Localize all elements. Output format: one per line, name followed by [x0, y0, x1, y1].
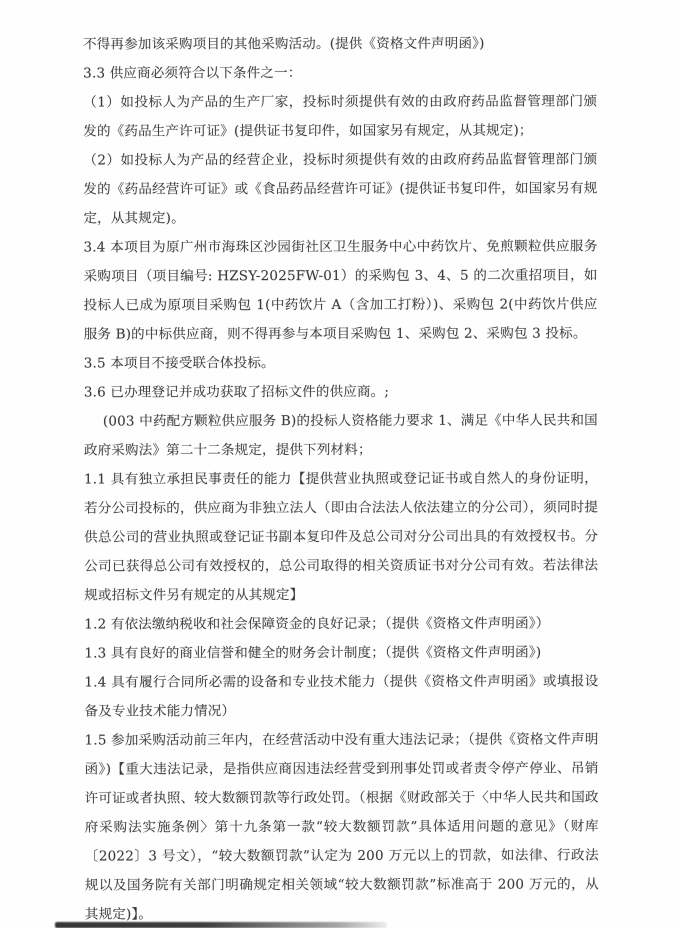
- paragraph-clause-1-1: 1.1 具有独立承担民事责任的能力【提供营业执照或登记证书或自然人的身份证明，若…: [84, 464, 598, 610]
- paragraph-clause-1-4: 1.4 具有履行合同所必需的设备和专业技术能力（提供《资格文件声明函》或填报设备…: [84, 667, 598, 726]
- paragraph-clause-3-4: 3.4 本项目为原广州市海珠区沙园街社区卫生服务中心中药饮片、免煎颗粒供应服务采…: [83, 232, 597, 349]
- paragraph-clause-3-3: 3.3 供应商必须符合以下条件之一：: [83, 58, 597, 88]
- paragraph-clause-3-6: 3.6 已办理登记并成功获取了招标文件的供应商。;: [84, 377, 598, 407]
- paragraph-clause-1-2: 1.2 有依法缴纳税收和社会保障资金的良好记录；（提供《资格文件声明函》）: [84, 609, 598, 639]
- paragraph-clause-3-5: 3.5 本项目不接受联合体投标。: [84, 348, 598, 378]
- paragraph-clause-3-3-item-2: （2）如投标人为产品的经营企业，投标时须提供有效的由政府药品监督管理部门颁发的《…: [83, 145, 597, 233]
- paragraph-intro-continuation: 不得再参加该采购项目的其他采购活动。(提供《资格文件声明函》): [83, 29, 597, 59]
- document-page: 不得再参加该采购项目的其他采购活动。(提供《资格文件声明函》) 3.3 供应商必…: [0, 0, 678, 928]
- paragraph-clause-3-3-item-1: （1）如投标人为产品的生产厂家，投标时须提供有效的由政府药品监督管理部门颁发的《…: [83, 87, 597, 146]
- paragraph-clause-1-5: 1.5 参加采购活动前三年内，在经营活动中没有重大违法记录；（提供《资格文件声明…: [85, 725, 599, 928]
- scan-edge-artifact: [55, 922, 387, 928]
- paragraph-package-003-requirements: (003 中药配方颗粒供应服务 B)的投标人资格能力要求 1、满足《中华人民共和…: [84, 406, 598, 465]
- paragraph-clause-1-3: 1.3 具有良好的商业信誉和健全的财务会计制度；（提供《资格文件声明函》): [84, 638, 598, 668]
- document-text-block: 不得再参加该采购项目的其他采购活动。(提供《资格文件声明函》) 3.3 供应商必…: [83, 29, 599, 928]
